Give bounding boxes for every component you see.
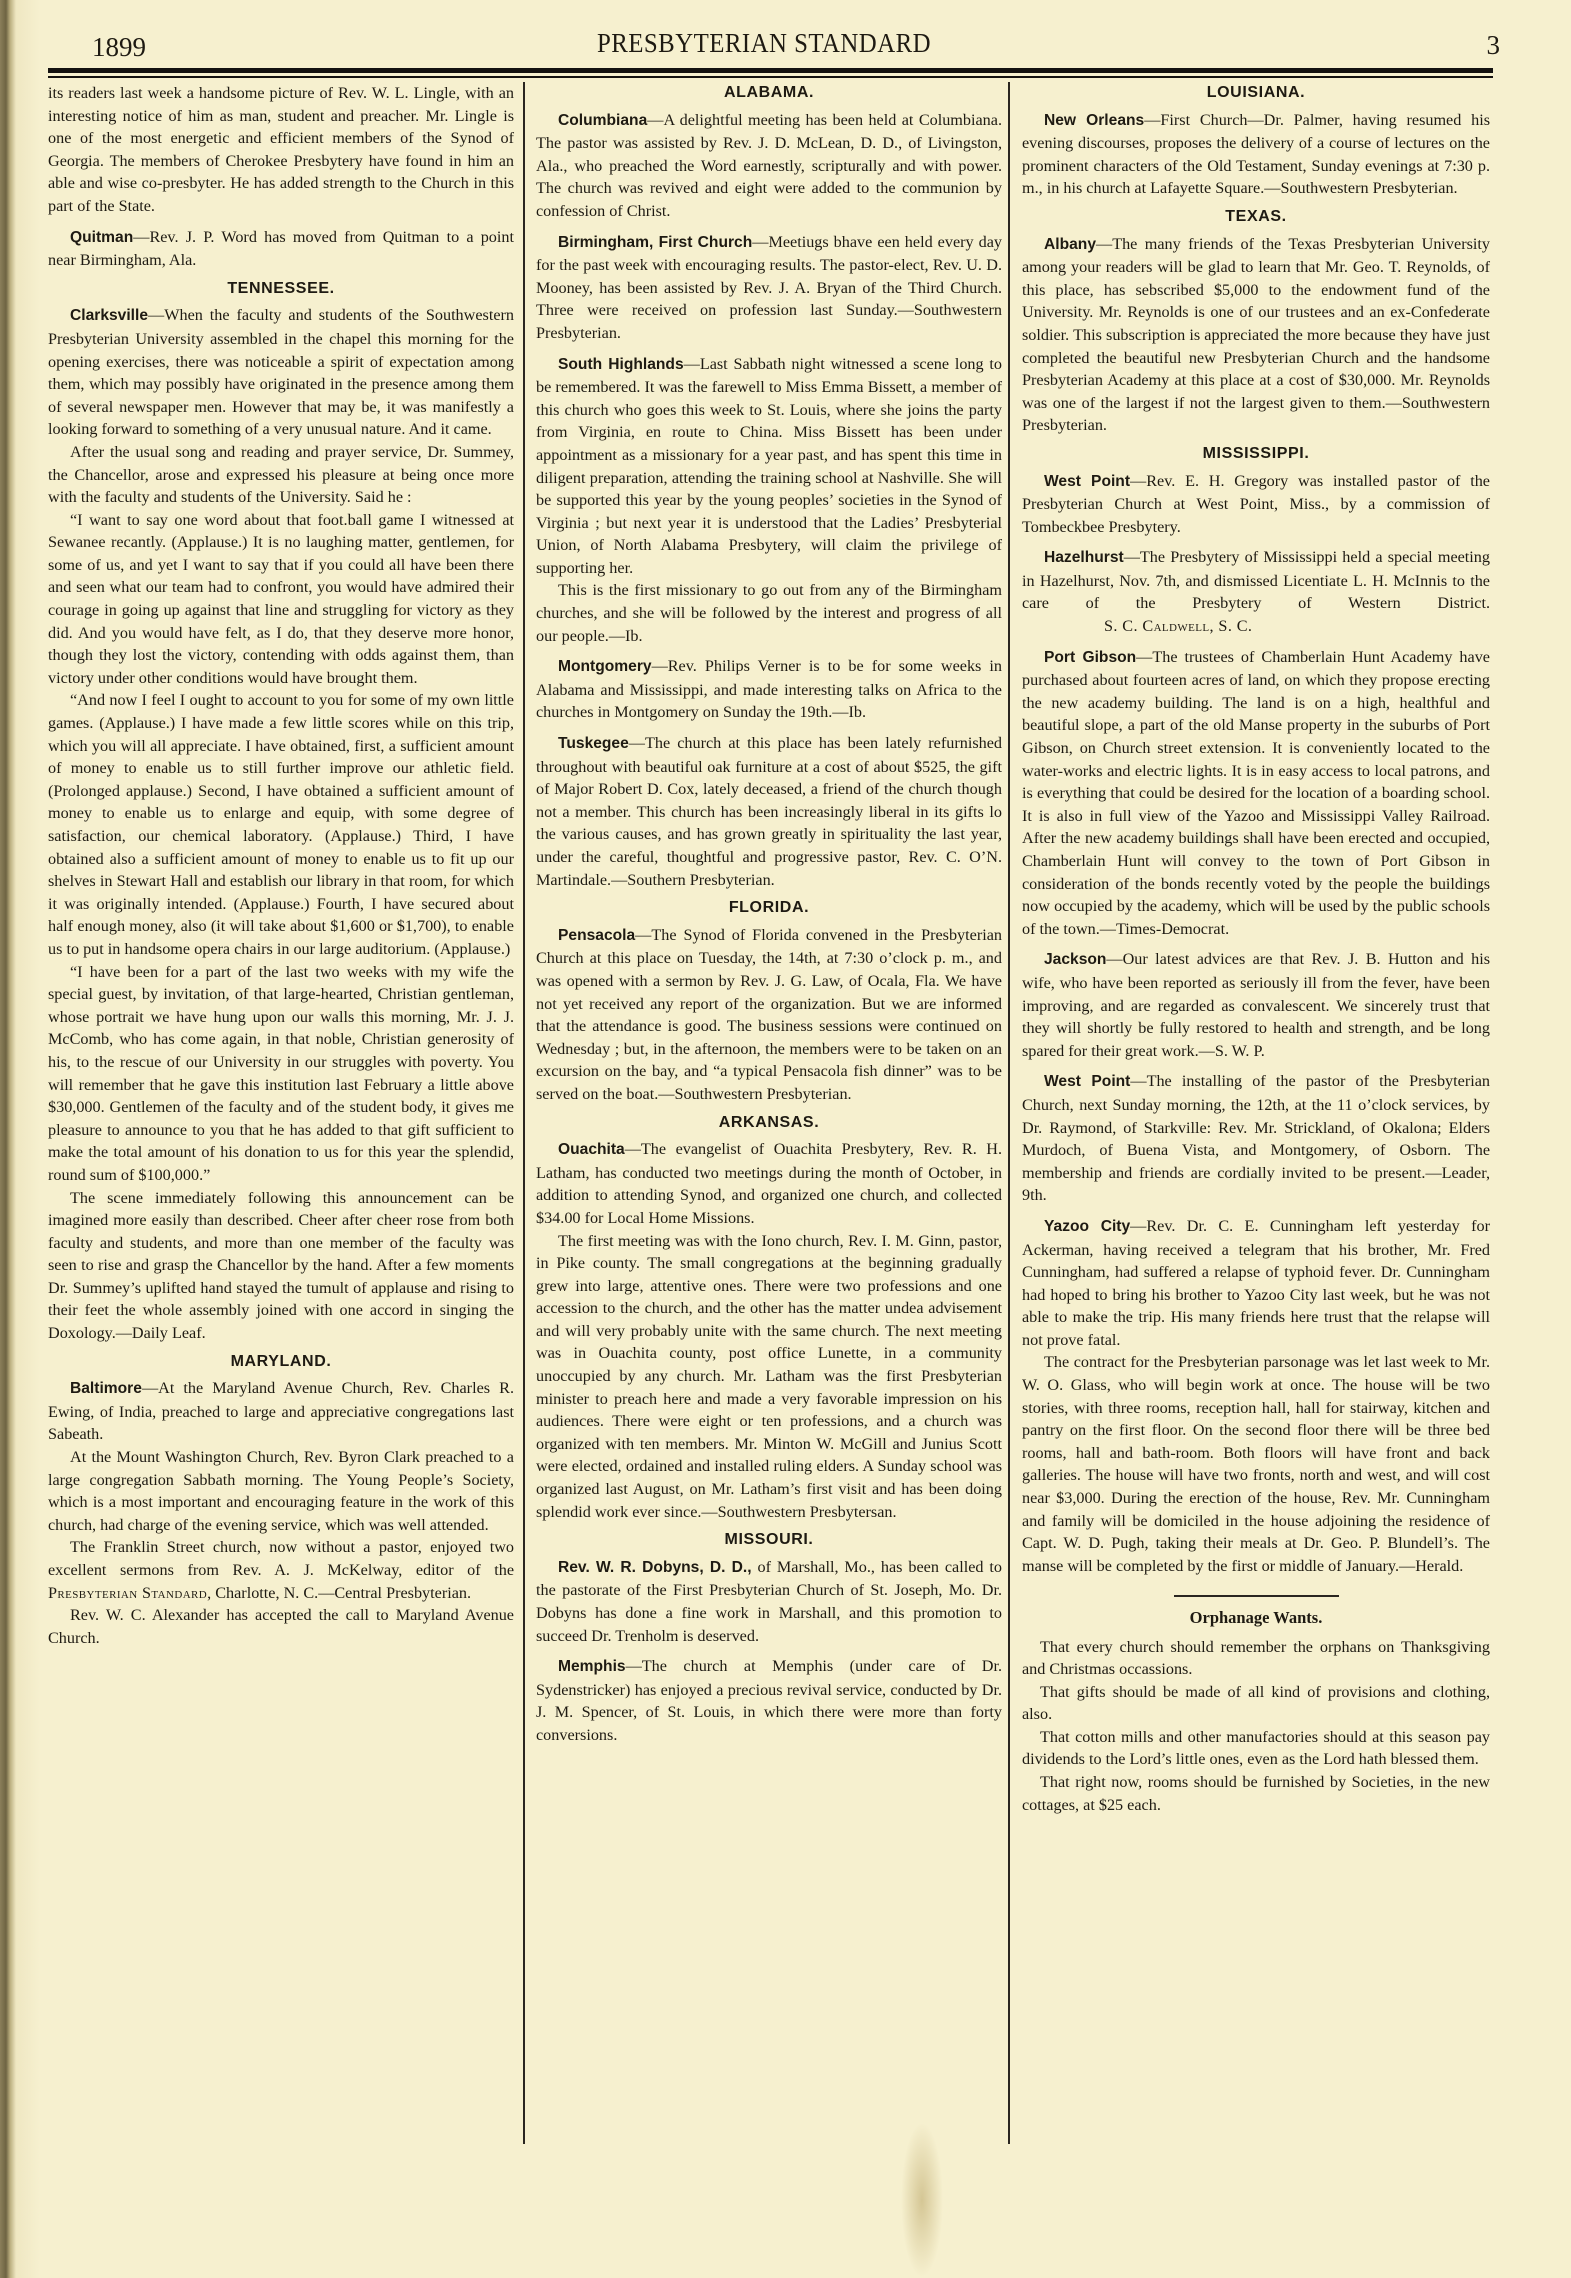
- orphanage-item: That every church should remember the or…: [1022, 1636, 1490, 1681]
- item-lead: Columbiana: [558, 112, 647, 129]
- orphanage-item: That cotton mills and other manufactorie…: [1022, 1726, 1490, 1771]
- item-lead: Jackson: [1044, 951, 1106, 968]
- news-item-clarksville: Clarksville—When the faculty and student…: [48, 304, 514, 441]
- item-lead: Tuskegee: [558, 735, 629, 752]
- paragraph: “I want to say one word about that foot.…: [48, 509, 514, 690]
- item-lead: Albany: [1044, 236, 1096, 253]
- item-lead: Clarksville: [70, 307, 148, 324]
- item-lead: Quitman: [70, 229, 133, 246]
- orphanage-item: That gifts should be made of all kind of…: [1022, 1681, 1490, 1726]
- page-number: 3: [1487, 30, 1501, 61]
- paragraph: Rev. W. C. Alexander has accepted the ca…: [48, 1604, 514, 1649]
- orphanage-wants-section: Orphanage Wants. That every church shoul…: [1022, 1607, 1490, 1816]
- item-lead: West Point: [1044, 473, 1130, 490]
- section-heading-orphanage: Orphanage Wants.: [1022, 1607, 1490, 1630]
- article-columns: its readers last week a handsome picture…: [48, 82, 1493, 2142]
- state-heading-missouri: MISSOURI.: [536, 1529, 1002, 1552]
- news-item-jackson: Jackson—Our latest advices are that Rev.…: [1022, 948, 1490, 1062]
- state-heading-alabama: ALABAMA.: [536, 82, 1002, 105]
- column-3: LOUISIANA. New Orleans—First Church—Dr. …: [1022, 82, 1490, 1816]
- state-heading-mississippi: MISSISSIPPI.: [1022, 443, 1490, 466]
- item-lead: Port Gibson: [1044, 649, 1136, 666]
- item-lead: Pensacola: [558, 927, 635, 944]
- news-item-hazelhurst: Hazelhurst—The Presbytery of Mississippi…: [1022, 546, 1490, 637]
- newspaper-title: PRESBYTERIAN STANDARD: [105, 28, 1422, 59]
- item-lead: Memphis: [558, 1658, 626, 1675]
- publication-name: Presbyterian Standard: [48, 1584, 207, 1602]
- paragraph: The first meeting was with the Iono chur…: [536, 1230, 1002, 1524]
- item-lead: Birmingham, First Church: [558, 234, 752, 251]
- news-item-yazoo-city: Yazoo City—Rev. Dr. C. E. Cunningham lef…: [1022, 1215, 1490, 1352]
- column-1: its readers last week a handsome picture…: [48, 82, 514, 1649]
- state-heading-louisiana: LOUISIANA.: [1022, 82, 1490, 105]
- news-item-memphis: Memphis—The church at Memphis (under car…: [536, 1655, 1002, 1746]
- news-item-quitman: Quitman—Rev. J. P. Word has moved from Q…: [48, 226, 514, 272]
- paragraph: “And now I feel I ought to account to yo…: [48, 689, 514, 960]
- state-heading-florida: FLORIDA.: [536, 897, 1002, 920]
- page-header: 1899 PRESBYTERIAN STANDARD 3: [48, 22, 1480, 62]
- state-heading-maryland: MARYLAND.: [48, 1351, 514, 1374]
- section-divider: [1174, 1595, 1339, 1597]
- news-item-albany: Albany—The many friends of the Texas Pre…: [1022, 233, 1490, 437]
- news-item-south-highlands: South Highlands—Last Sabbath night witne…: [536, 353, 1002, 580]
- item-lead: New Orleans: [1044, 112, 1144, 129]
- news-item-columbiana: Columbiana—A delightful meeting has been…: [536, 109, 1002, 223]
- header-rule-thin: [48, 76, 1493, 78]
- news-item-montgomery: Montgomery—Rev. Philips Verner is to be …: [536, 655, 1002, 724]
- item-lead: Baltimore: [70, 1380, 142, 1397]
- item-lead: Rev. W. R. Dobyns, D. D.,: [558, 1559, 752, 1576]
- news-item-new-orleans: New Orleans—First Church—Dr. Palmer, hav…: [1022, 109, 1490, 200]
- state-heading-texas: TEXAS.: [1022, 206, 1490, 229]
- column-2: ALABAMA. Columbiana—A delightful meeting…: [536, 82, 1002, 1747]
- paragraph: The contract for the Presbyterian parson…: [1022, 1351, 1490, 1577]
- state-heading-tennessee: TENNESSEE.: [48, 278, 514, 301]
- item-lead: Montgomery: [558, 658, 652, 675]
- news-item-birmingham: Birmingham, First Church—Meetiugs bhave …: [536, 231, 1002, 345]
- signature: S. C. Caldwell, S. C.: [1082, 615, 1252, 638]
- news-item-west-point-installation: West Point—The installing of the pastor …: [1022, 1070, 1490, 1207]
- state-heading-arkansas: ARKANSAS.: [536, 1112, 1002, 1135]
- news-item-baltimore: Baltimore—At the Maryland Avenue Church,…: [48, 1377, 514, 1446]
- news-item-ouachita: Ouachita—The evangelist of Ouachita Pres…: [536, 1138, 1002, 1229]
- item-lead: Ouachita: [558, 1141, 625, 1158]
- news-item-port-gibson: Port Gibson—The trustees of Chamberlain …: [1022, 646, 1490, 941]
- column-divider: [523, 82, 525, 2144]
- news-item-tuskegee: Tuskegee—The church at this place has be…: [536, 732, 1002, 891]
- paragraph: This is the first missionary to go out f…: [536, 579, 1002, 647]
- item-lead: South Highlands: [558, 356, 684, 373]
- orphanage-item: That right now, rooms should be furnishe…: [1022, 1771, 1490, 1816]
- news-item-west-point: West Point—Rev. E. H. Gregory was instal…: [1022, 470, 1490, 539]
- paragraph: The Franklin Street church, now without …: [48, 1536, 514, 1604]
- paragraph: At the Mount Washington Church, Rev. Byr…: [48, 1446, 514, 1536]
- column-divider: [1008, 82, 1010, 2144]
- item-lead: Yazoo City: [1044, 1218, 1130, 1235]
- paragraph: After the usual song and reading and pra…: [48, 441, 514, 509]
- paragraph: “I have been for a part of the last two …: [48, 961, 514, 1187]
- item-lead: Hazelhurst: [1044, 549, 1124, 566]
- paragraph: The scene immediately following this ann…: [48, 1187, 514, 1345]
- header-rule-thick: [48, 68, 1493, 73]
- continued-article-georgia: its readers last week a handsome picture…: [48, 82, 514, 218]
- news-item-dobyns: Rev. W. R. Dobyns, D. D., of Marshall, M…: [536, 1556, 1002, 1647]
- news-item-pensacola: Pensacola—The Synod of Florida convened …: [536, 924, 1002, 1106]
- item-lead: West Point: [1044, 1073, 1130, 1090]
